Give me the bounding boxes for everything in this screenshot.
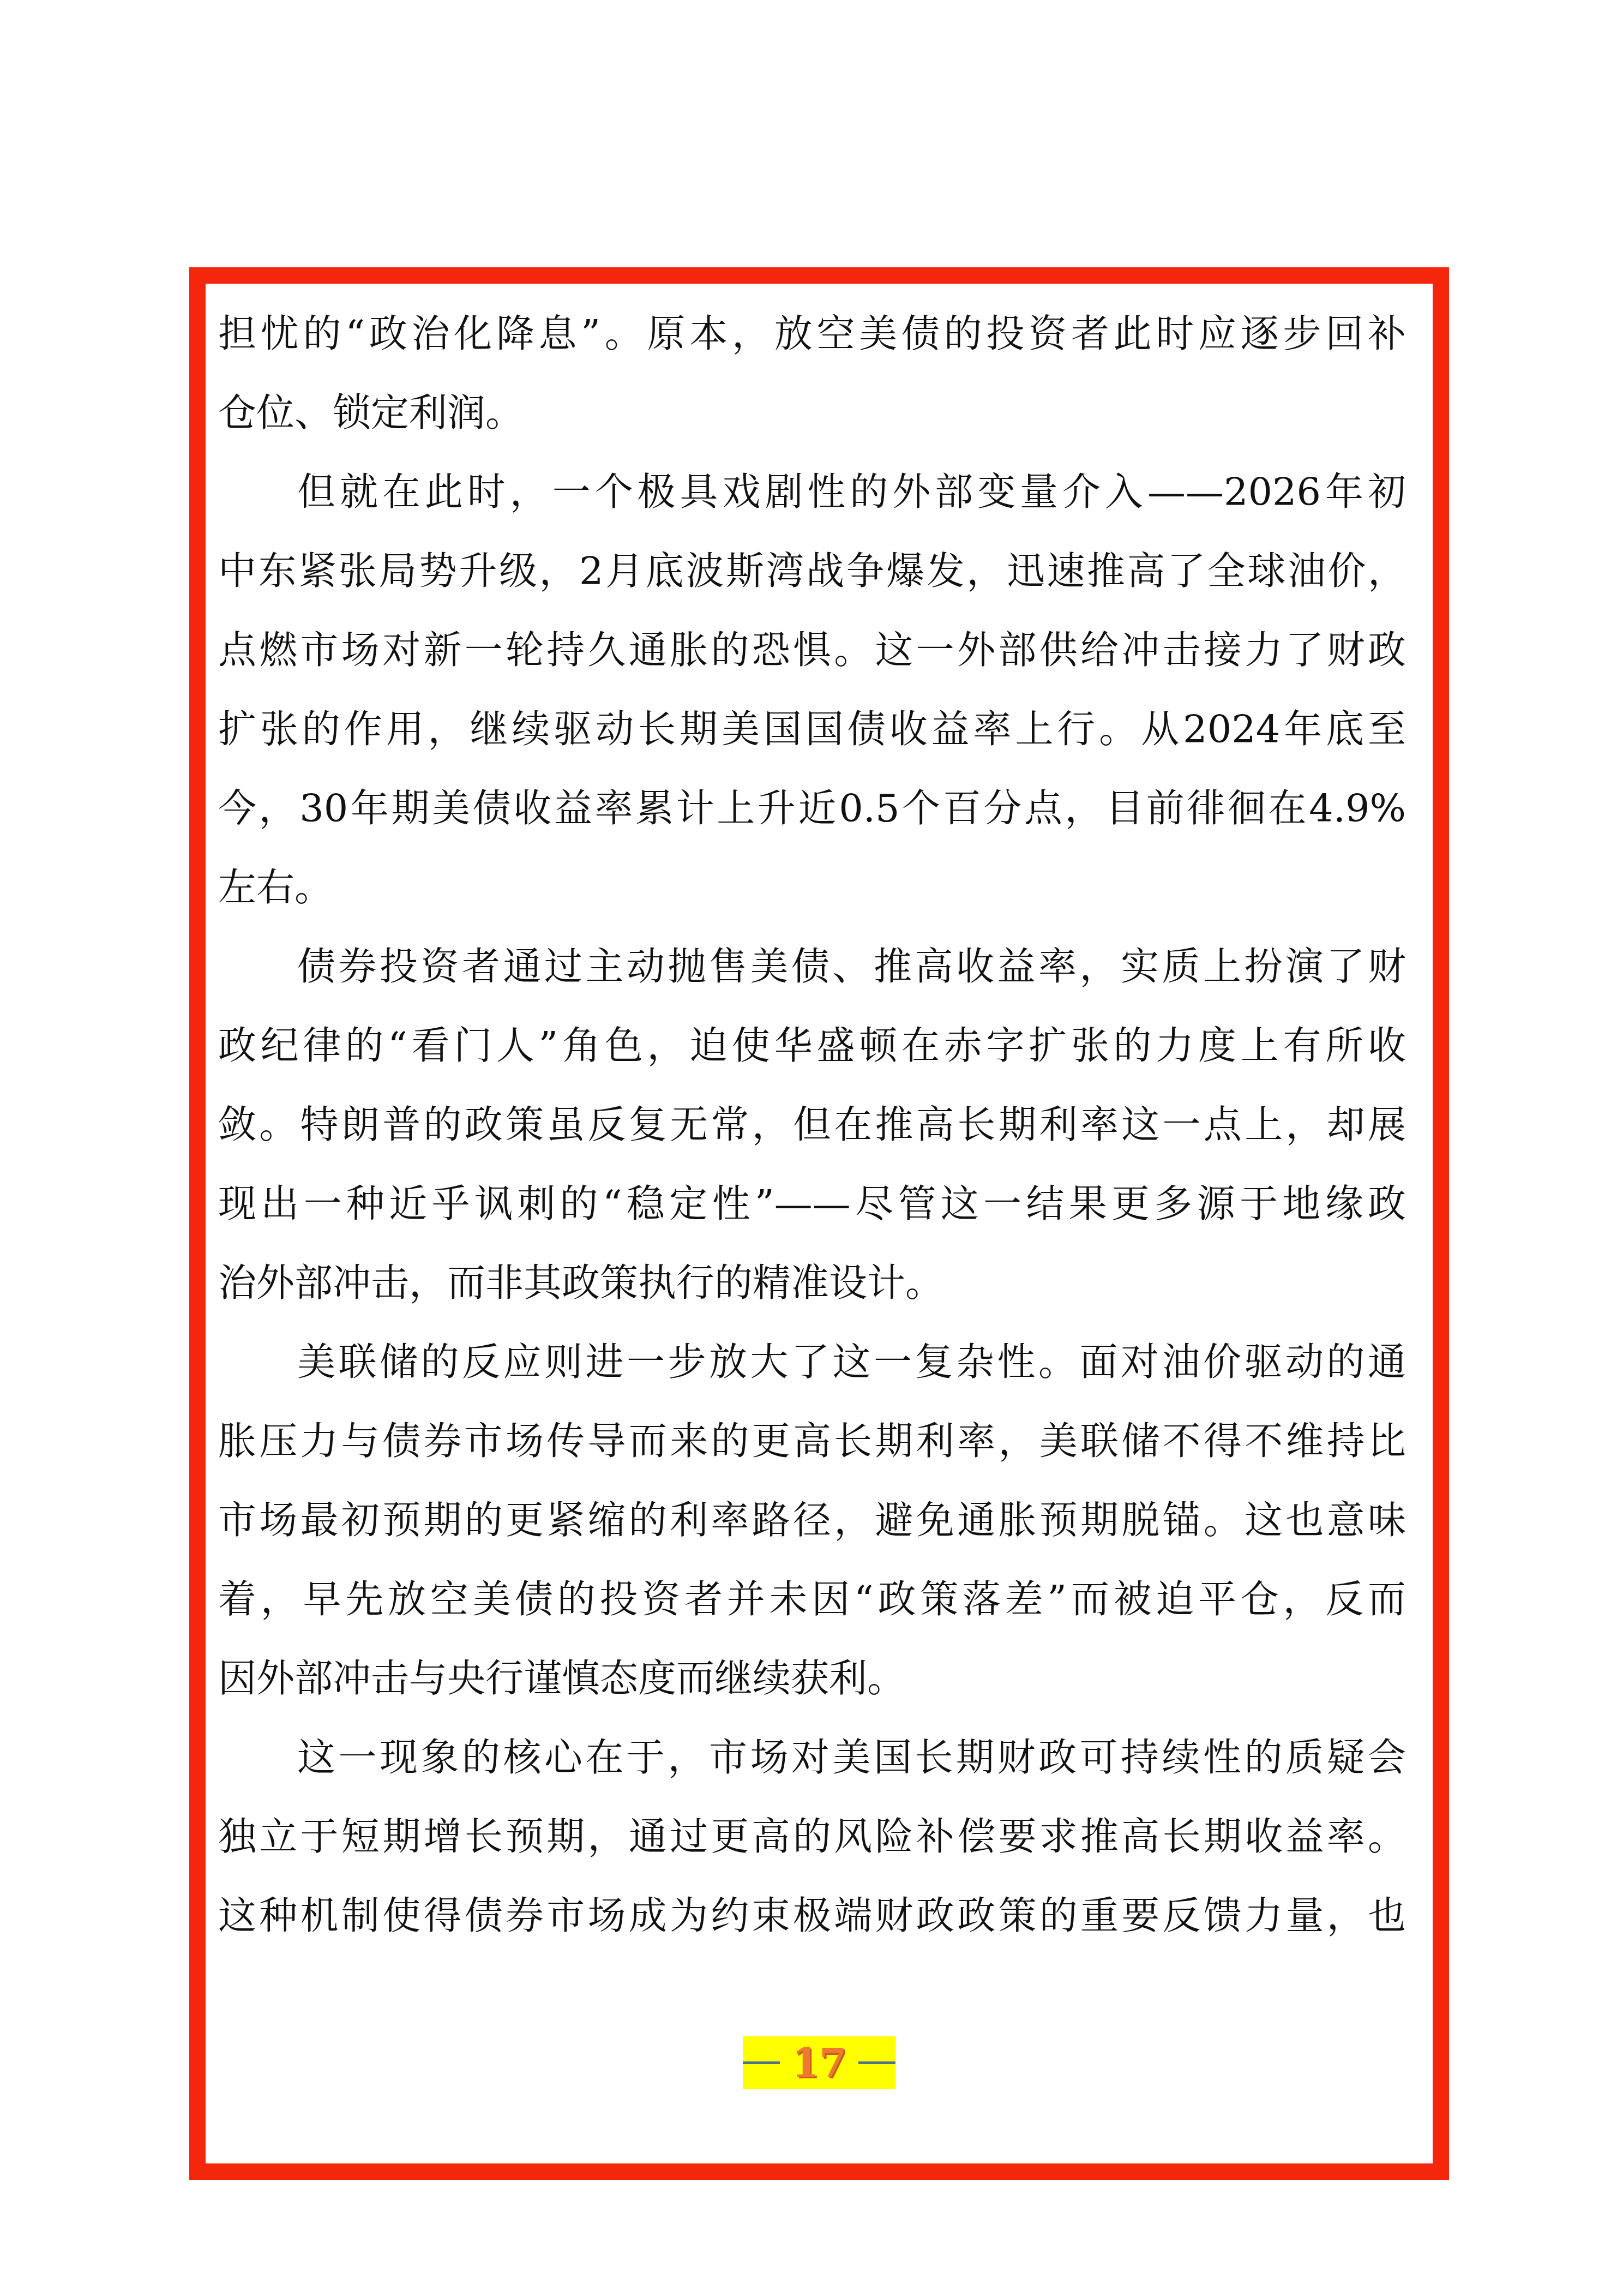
text-line: 中东紧张局势升级，2月底波斯湾战争爆发，迅速推高了全球油价，: [218, 532, 1406, 611]
text-line: 着，早先放空美债的投资者并未因“政策落差”而被迫平仓，反而: [218, 1560, 1406, 1639]
text-line: 债券投资者通过主动抛售美债、推高收益率，实质上扮演了财: [218, 927, 1406, 1006]
page-number: 17: [792, 2040, 846, 2086]
dash-left-decoration: [743, 2061, 780, 2064]
page-number-badge: 17: [743, 2036, 895, 2089]
text-line: 仓位、锁定利润。: [218, 374, 1406, 453]
text-line: 担忧的“政治化降息”。原本，放空美债的投资者此时应逐步回补: [218, 295, 1406, 374]
dash-right-decoration: [858, 2061, 895, 2064]
text-line: 胀压力与债券市场传导而来的更高长期利率，美联储不得不维持比: [218, 1402, 1406, 1481]
text-line: 美联储的反应则进一步放大了这一复杂性。面对油价驱动的通: [218, 1323, 1406, 1402]
text-line: 今，30年期美债收益率累计上升近0.5个百分点，目前徘徊在4.9%: [218, 769, 1406, 848]
body-text: 担忧的“政治化降息”。原本，放空美债的投资者此时应逐步回补 仓位、锁定利润。 但…: [218, 295, 1406, 1956]
text-line: 市场最初预期的更紧缩的利率路径，避免通胀预期脱锚。这也意味: [218, 1481, 1406, 1560]
text-line: 敛。特朗普的政策虽反复无常，但在推高长期利率这一点上，却展: [218, 1086, 1406, 1165]
text-line: 因外部冲击与央行谨慎态度而继续获利。: [218, 1639, 1406, 1718]
text-line: 政纪律的“看门人”角色，迫使华盛顿在赤字扩张的力度上有所收: [218, 1006, 1406, 1086]
text-line: 独立于短期增长预期，通过更高的风险补偿要求推高长期收益率。: [218, 1797, 1406, 1877]
text-line: 但就在此时，一个极具戏剧性的外部变量介入——2026年初: [218, 453, 1406, 532]
text-line: 左右。: [218, 848, 1406, 927]
text-line: 扩张的作用，继续驱动长期美国国债收益率上行。从2024年底至: [218, 690, 1406, 769]
text-line: 这种机制使得债券市场成为约束极端财政政策的重要反馈力量，也: [218, 1877, 1406, 1956]
text-line: 治外部冲击，而非其政策执行的精准设计。: [218, 1244, 1406, 1323]
text-line: 点燃市场对新一轮持久通胀的恐惧。这一外部供给冲击接力了财政: [218, 611, 1406, 690]
text-line: 现出一种近乎讽刺的“稳定性”——尽管这一结果更多源于地缘政: [218, 1165, 1406, 1244]
text-line: 这一现象的核心在于，市场对美国长期财政可持续性的质疑会: [218, 1718, 1406, 1797]
